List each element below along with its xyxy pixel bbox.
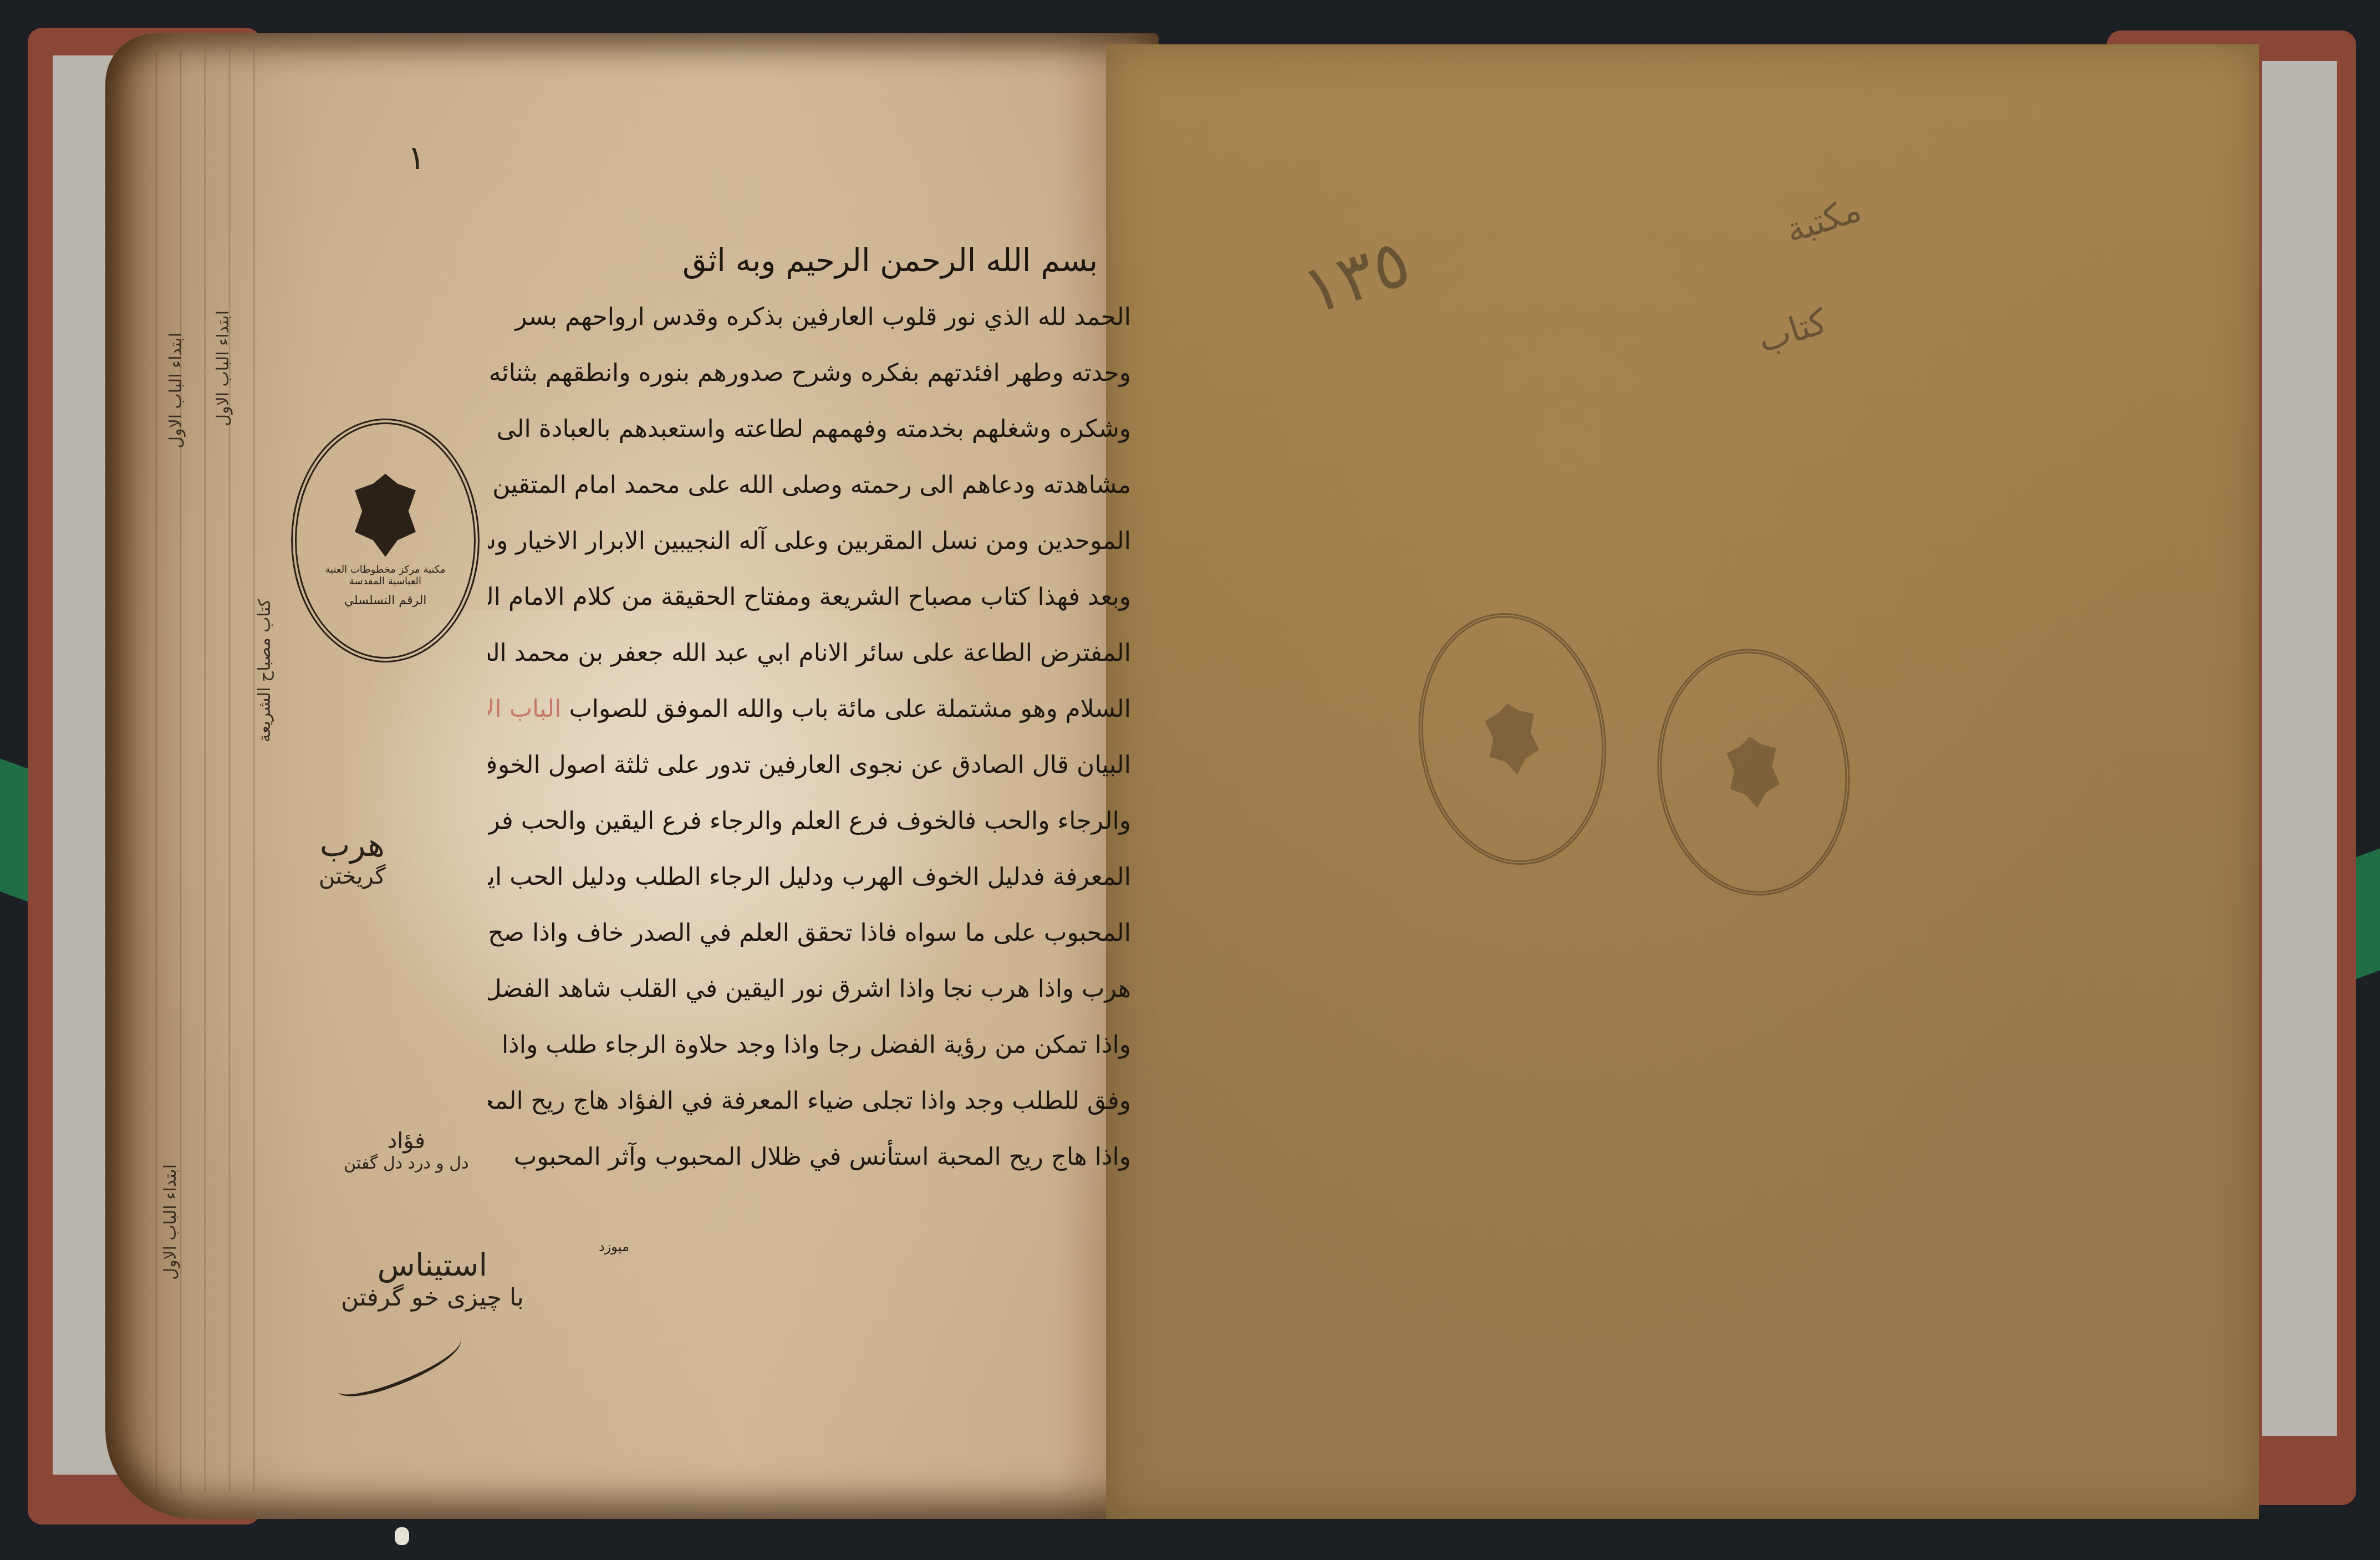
text-segment: السلام وهو مشتملة على مائة باب والله الم…	[569, 695, 1131, 723]
stamp-serial-label: الرقم التسلسلي	[344, 594, 427, 608]
text-line: والرجاء والحب فالخوف فرع العلم والرجاء ف…	[488, 793, 1131, 849]
margin-note-gloss: گريختن	[319, 864, 386, 889]
margin-note-word: هرب	[319, 826, 386, 864]
hand-emblem-icon	[1725, 734, 1782, 811]
text-line: المفترض الطاعة على سائر الانام ابي عبد ا…	[488, 625, 1131, 681]
text-line: هرب واذا هرب نجا واذا اشرق نور اليقين في…	[488, 961, 1131, 1017]
rubric-heading: الباب الاول	[488, 695, 561, 723]
vertical-note: ابتداء الباب الاول	[213, 310, 233, 426]
margin-note-gloss: دل و درد دل گفتن	[344, 1154, 469, 1173]
vertical-note: كتاب مصباح الشريعة	[255, 599, 274, 742]
text-line: البيان قال الصادق عن نجوى العارفين تدور …	[488, 737, 1131, 793]
library-stamp: مكتبة مركز مخطوطات العتبة العباسية المقد…	[291, 419, 480, 662]
margin-note-fuad: فؤاد دل و درد دل گفتن	[344, 1128, 469, 1173]
text-line: الموحدين ومن نسل المقربين وعلى آله النجي…	[488, 513, 1131, 569]
right-board-lining	[2262, 61, 2337, 1436]
text-line: الحمد لله الذي نور قلوب العارفين بذكره و…	[488, 289, 1131, 345]
margin-note-word: استيناس	[341, 1247, 524, 1283]
margin-note-harab: هرب گريختن	[319, 826, 386, 889]
text-line: المعرفة فدليل الخوف الهرب ودليل الرجاء ا…	[488, 849, 1131, 905]
text-line: وفق للطلب وجد واذا تجلى ضياء المعرفة في …	[488, 1073, 1131, 1129]
text-line: وبعد فهذا كتاب مصباح الشريعة ومفتاح الحق…	[488, 569, 1131, 625]
main-text-block: بسم الله الرحمن الرحيم وبه اثق الحمد لله…	[488, 233, 1131, 1185]
margin-note-istinas: استيناس با چيزى خو گرفتن	[341, 1247, 524, 1312]
interlinear-note: ميوزد	[599, 1239, 629, 1255]
hand-emblem-icon	[355, 474, 416, 557]
text-line: واذا هاج ريح المحبة استأنس في ظلال المحب…	[488, 1129, 1131, 1185]
text-line: وشكره وشغلهم بخدمته وفهمهم لطاعته واستعب…	[488, 401, 1131, 457]
stamp-text: مكتبة مركز مخطوطات العتبة العباسية المقد…	[319, 564, 452, 587]
text-line: وحدته وطهر افئدتهم بفكره وشرح صدورهم بنو…	[488, 345, 1131, 401]
text-line: واذا تمكن من رؤية الفضل رجا واذا وجد حلا…	[488, 1017, 1131, 1073]
vertical-note: ابتداء الباب الاول	[161, 1164, 180, 1280]
basmala: بسم الله الرحمن الرحيم وبه اثق	[488, 233, 1131, 289]
hand-emblem-icon	[1482, 700, 1542, 778]
page-edge-lines	[133, 50, 261, 1491]
folio-number: ١	[407, 139, 425, 177]
vertical-note: ابتداء الباب الاول	[166, 333, 186, 448]
margin-note-word: فؤاد	[344, 1128, 469, 1154]
margin-note-gloss: با چيزى خو گرفتن	[341, 1283, 524, 1312]
text-line: مشاهدته ودعاهم الى رحمته وصلى الله على م…	[488, 457, 1131, 513]
light-reflection	[395, 1527, 409, 1545]
text-line: المحبوب على ما سواه فاذا تحقق العلم في ا…	[488, 905, 1131, 961]
text-line-with-rubric: السلام وهو مشتملة على مائة باب والله الم…	[488, 681, 1131, 737]
